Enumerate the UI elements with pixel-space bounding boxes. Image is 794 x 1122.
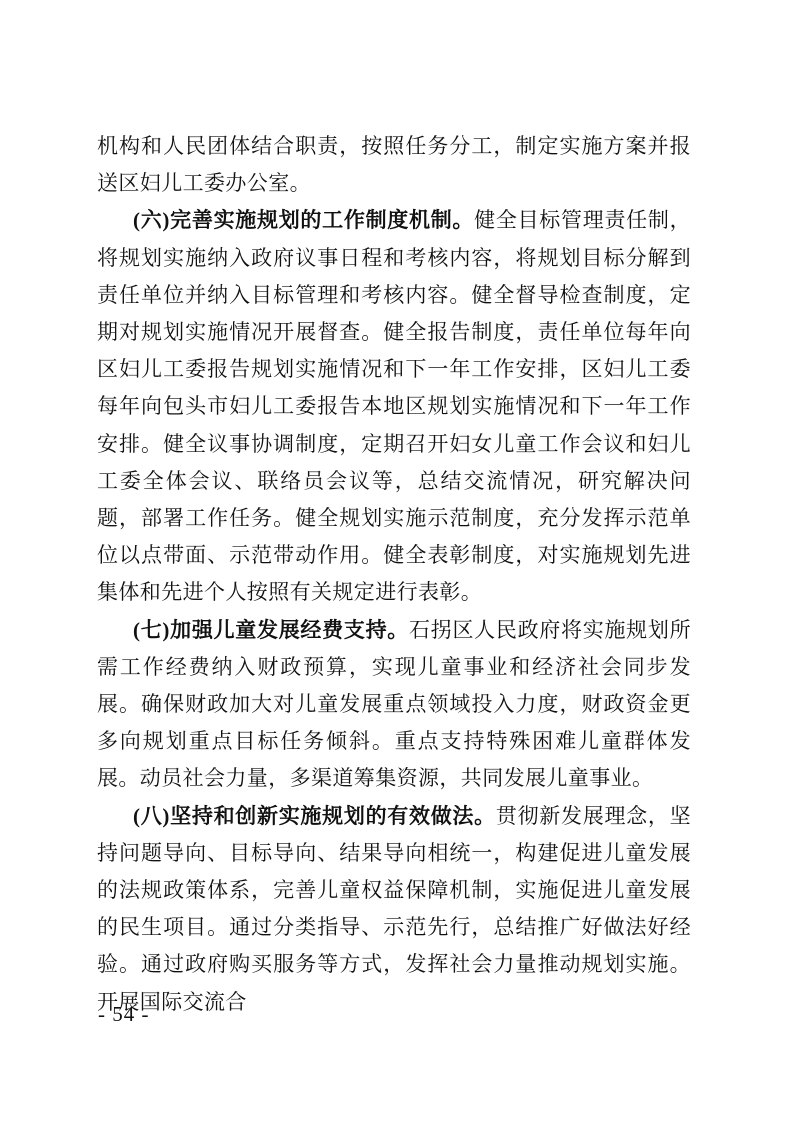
- section-6-heading: (六)完善实施规划的工作制度机制。: [133, 208, 474, 232]
- paragraph-text: 石拐区人民政府将实施规划所需工作经费纳入财政预算，实现儿童事业和经济社会同步发展…: [97, 618, 691, 791]
- section-7-heading: (七)加强儿童发展经费支持。: [133, 618, 409, 642]
- paragraph-text: 贯彻新发展理念，坚持问题导向、目标导向、结果导向相统一，构建促进儿童发展的法规政…: [97, 804, 691, 1014]
- paragraph-section-6: (六)完善实施规划的工作制度机制。健全目标管理责任制，将规划实施纳入政府议事日程…: [97, 202, 691, 611]
- section-8-heading: (八)坚持和创新实施规划的有效做法。: [133, 804, 496, 828]
- document-page: 机构和人民团体结合职责，按照任务分工，制定实施方案并报送区妇儿工委办公室。 (六…: [0, 0, 794, 1122]
- paragraph-continuation: 机构和人民团体结合职责，按照任务分工，制定实施方案并报送区妇儿工委办公室。: [97, 128, 691, 202]
- paragraph-section-8: (八)坚持和创新实施规划的有效做法。贯彻新发展理念，坚持问题导向、目标导向、结果…: [97, 798, 691, 1021]
- paragraph-text: 健全目标管理责任制，将规划实施纳入政府议事日程和考核内容，将规划目标分解到责任单…: [97, 208, 691, 604]
- paragraph-section-7: (七)加强儿童发展经费支持。石拐区人民政府将实施规划所需工作经费纳入财政预算，实…: [97, 612, 691, 798]
- page-number: - 54 -: [98, 1002, 150, 1026]
- document-body: 机构和人民团体结合职责，按照任务分工，制定实施方案并报送区妇儿工委办公室。 (六…: [97, 128, 691, 1021]
- paragraph-text: 机构和人民团体结合职责，按照任务分工，制定实施方案并报送区妇儿工委办公室。: [97, 134, 691, 195]
